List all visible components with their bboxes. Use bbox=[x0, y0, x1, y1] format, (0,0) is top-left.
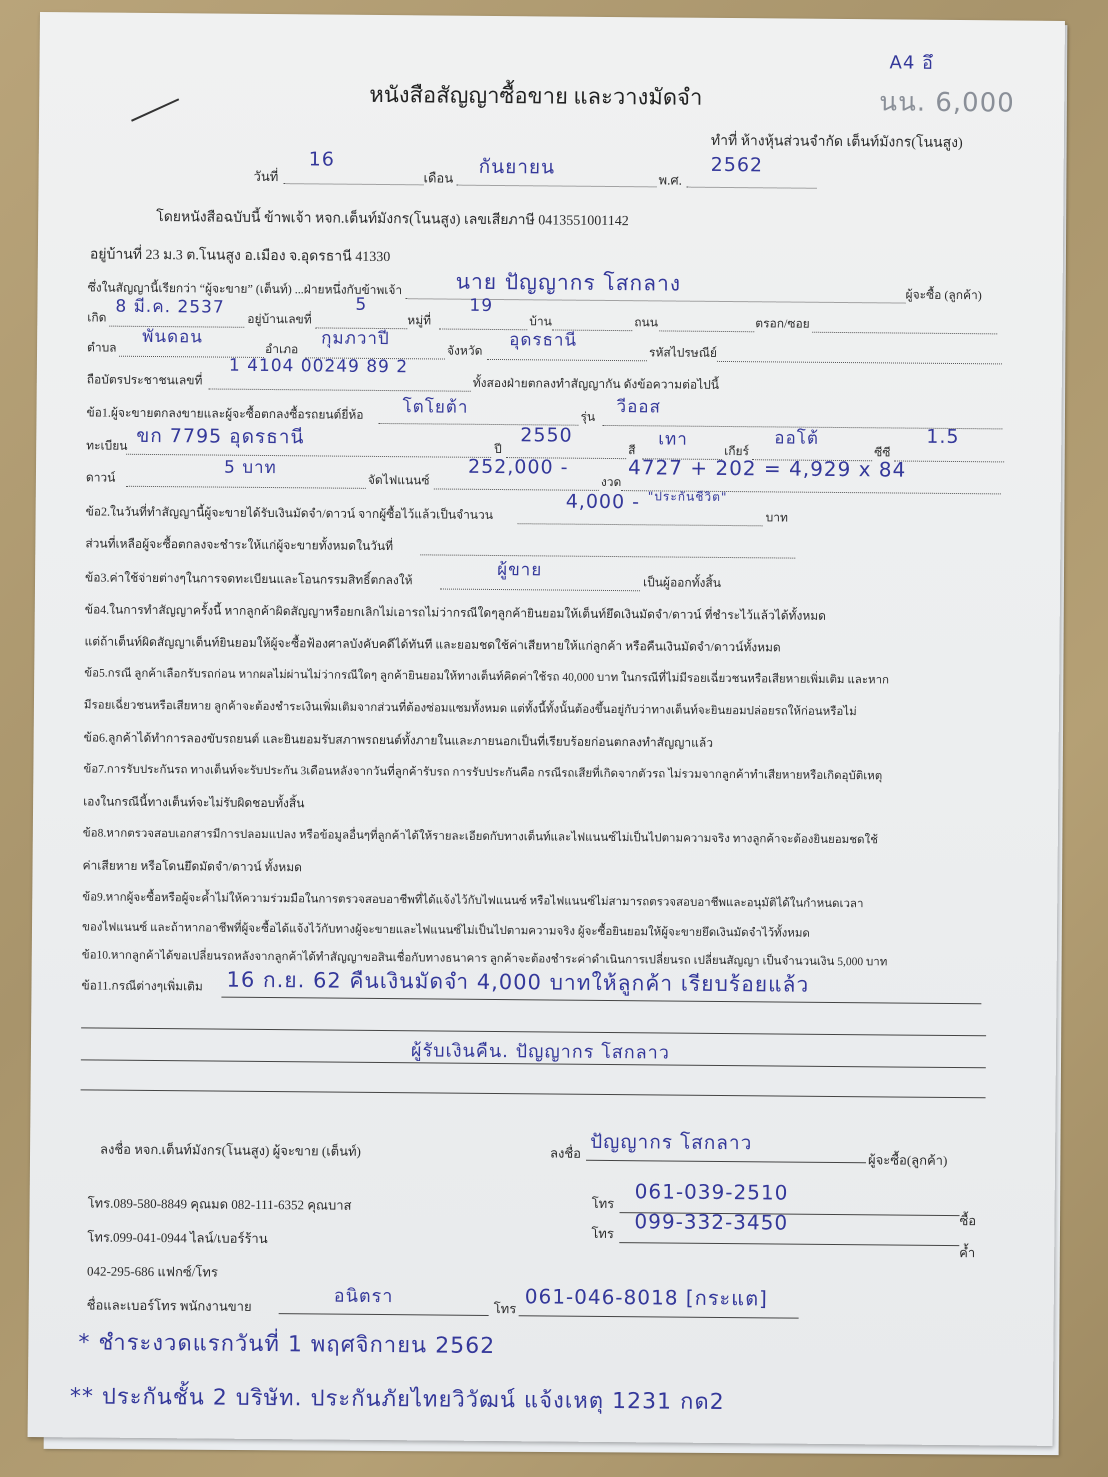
clause2-label: ข้อ2.ในวันที่ทำสัญญานี้ผู้จะขายได้รับเงิ… bbox=[86, 502, 494, 525]
clause-text-line: ข้อ8.หากตรวจสอบเอกสารมีการปลอมแปลง หรือข… bbox=[83, 824, 878, 849]
buyer-phone-label: โทร bbox=[592, 1193, 615, 1214]
party-suffix: ผู้จะซื้อ (ลูกค้า) bbox=[905, 286, 981, 306]
shop-contact-line: 042-295-686 แฟกซ์/โทร bbox=[87, 1260, 218, 1282]
installment-label: งวด bbox=[601, 473, 622, 492]
soi-line bbox=[812, 331, 997, 335]
clause3-suffix: เป็นผู้ออกทั้งสิ้น bbox=[643, 573, 721, 593]
remainder-label: ส่วนที่เหลือผู้จะซื้อตกลงจะชำระให้แก่ผู้… bbox=[85, 534, 393, 556]
soi-label: ตรอก/ซอย bbox=[755, 314, 810, 333]
made-at-label-text: ทำที่ bbox=[711, 134, 737, 149]
document-title: หนังสือสัญญาซื้อขาย และวางมัดจำ bbox=[369, 77, 702, 115]
insurance-note: "ประกันชีวิต" bbox=[648, 487, 728, 507]
footnote-insurance: ** ประกันชั้น 2 บริษัท. ประกันภัยไทยวิวั… bbox=[70, 1378, 725, 1419]
date-month-label: เดือน bbox=[423, 167, 453, 188]
car-plate: ขก 7795 อุดรธานี bbox=[136, 421, 304, 452]
seller-address: อยู่บ้านที่ 23 ม.3 ต.โนนสูง อ.เมือง จ.อุ… bbox=[90, 243, 391, 268]
guarantor-phone-rule bbox=[619, 1241, 959, 1246]
made-at-label: ทำที่ ห้างหุ้นส่วนจำกัด เต็นท์มังกร(โนนส… bbox=[711, 130, 963, 154]
made-at-value: ห้างหุ้นส่วนจำกัด เต็นท์มังกร(โนนสูง) bbox=[741, 134, 963, 151]
id-suffix: ทั้งสองฝ่ายตกลงทำสัญญากัน ดังข้อความต่อไ… bbox=[473, 374, 719, 395]
deposit-amount: 4,000 - bbox=[566, 491, 640, 514]
postcode-label: รหัสไปรษณีย์ bbox=[649, 343, 717, 363]
id-label: ถือบัตรประชาชนเลขที่ bbox=[87, 370, 203, 390]
salesperson-phone-rule bbox=[519, 1314, 799, 1318]
pen-mark bbox=[131, 98, 179, 121]
clause-text-line: ข้อ5.กรณี ลูกค้าเลือกรับรถก่อน หากผลไม่ผ… bbox=[84, 664, 889, 689]
clause-text-line: เองในกรณีนี้ทางเต็นท์จะไม่รับผิดชอบทั้งส… bbox=[83, 792, 305, 813]
clause-text-line: แต่ถ้าเต็นท์ผิดสัญญาเต็นท์ยินยอมให้ผู้จะ… bbox=[84, 632, 780, 657]
date-month-value: กันยายน bbox=[479, 152, 556, 183]
shop-contact-line: โทร.089-580-8849 คุณมด 082-111-6352 คุณบ… bbox=[88, 1192, 352, 1215]
date-year-value: 2562 bbox=[711, 154, 764, 176]
buyer-signature-suffix: ผู้จะซื้อ(ลูกค้า) bbox=[868, 1149, 948, 1171]
postcode-line bbox=[717, 360, 1002, 364]
installment-value: 4727 + 202 = 4,929 x 84 bbox=[628, 455, 906, 481]
house-no-label: อยู่บ้านเลขที่ bbox=[247, 310, 312, 330]
registration-payer: ผู้ขาย bbox=[497, 556, 542, 583]
buyer-signature: ปัญญากร โสกลาว bbox=[590, 1127, 752, 1158]
date-year-label: พ.ศ. bbox=[658, 169, 682, 190]
deposit-line bbox=[518, 522, 763, 526]
car-gear: ออโต้ bbox=[774, 424, 819, 451]
down-line bbox=[126, 485, 366, 489]
deposit-unit: บาท bbox=[766, 508, 788, 527]
down-label: ดาวน์ bbox=[86, 468, 116, 487]
clause11-note: 16 ก.ย. 62 คืนเงินมัดจำ 4,000 บาทให้ลูกค… bbox=[226, 964, 809, 1002]
corner-amount-note: นน. 6,000 bbox=[879, 81, 1015, 123]
province-line bbox=[487, 358, 647, 361]
car-color: เทา bbox=[658, 425, 688, 452]
house-no-value: 5 bbox=[355, 295, 367, 315]
clause-text-line: ข้อ7.การรับประกันรถ ทางเต็นท์จะรับประกัน… bbox=[83, 760, 882, 785]
clause-text-line: ข้อ4.ในการทำสัญญาครั้งนี้ หากลูกค้าผิดสั… bbox=[85, 600, 826, 625]
buyer-signature-label: ลงชื่อ bbox=[550, 1142, 581, 1163]
clause11-line-2 bbox=[81, 1026, 986, 1036]
birth-value: 8 มี.ค. 2537 bbox=[115, 293, 225, 321]
buyer-phone-suffix: ซื้อ bbox=[959, 1210, 976, 1231]
id-line bbox=[209, 387, 471, 391]
buyer-phone: 061-039-2510 bbox=[635, 1179, 789, 1204]
moo-value: 19 bbox=[469, 296, 493, 316]
subdistrict-value: พันดอน bbox=[142, 323, 203, 351]
guarantor-phone: 099-332-3450 bbox=[634, 1209, 788, 1234]
footnote-first-payment: * ชำระงวดแรกวันที่ 1 พฤศจิกายน 2562 bbox=[78, 1324, 495, 1363]
province-value: อุดรธานี bbox=[509, 326, 577, 354]
road-line bbox=[659, 329, 754, 332]
salesperson-name-rule bbox=[279, 1312, 489, 1316]
plate-label: ทะเบียน bbox=[86, 436, 127, 455]
clause3-label: ข้อ3.ค่าใช้จ่ายต่างๆในการจดทะเบียนและโอน… bbox=[85, 568, 413, 590]
payer-line bbox=[440, 588, 640, 592]
subdistrict-label: ตำบล bbox=[87, 338, 117, 357]
plate-line bbox=[126, 453, 491, 458]
id-number: 1 4104 00249 89 2 bbox=[229, 356, 408, 378]
finance-amount: 252,000 - bbox=[468, 456, 569, 479]
clause-text-line: ข้อ9.หากผู้จะซื้อหรือผู้จะค้ำไม่ให้ความร… bbox=[82, 888, 863, 913]
birth-label: เกิด bbox=[87, 308, 106, 327]
salesperson-label: ชื่อและเบอร์โทร พนักงานขาย bbox=[87, 1294, 252, 1316]
intro-line: โดยหนังสือฉบับนี้ ข้าพเจ้า หจก.เต็นท์มัง… bbox=[156, 206, 629, 232]
clause-text-line: ของไฟแนนซ์ และถ้าหากอาชีพที่ผู้จะซื้อได้… bbox=[82, 918, 810, 942]
date-day-value: 16 bbox=[309, 148, 335, 170]
province-label: จังหวัด bbox=[447, 342, 483, 361]
salesperson-phone-label: โทร bbox=[494, 1298, 517, 1319]
salesperson-phone: 061-046-8018 [กระแต] bbox=[525, 1280, 768, 1314]
clause-text-line: ค่าเสียหาย หรือโดนยึดมัดจำ/ดาวน์ ทั้งหมด bbox=[82, 856, 302, 877]
clause11-line-4 bbox=[81, 1088, 986, 1098]
salesperson-name: อนิตรา bbox=[334, 1281, 394, 1311]
finance-label: จัดไฟแนนซ์ bbox=[368, 471, 430, 491]
corner-paper-size-note: A4 อึ bbox=[889, 47, 934, 76]
date-day-label: วันที่ bbox=[253, 166, 278, 187]
district-value: กุมภวาปี bbox=[321, 324, 390, 352]
seller-signature-line: ลงชื่อ หจก.เต็นท์มังกร(โนนสูง) ผู้จะขาย … bbox=[100, 1139, 361, 1162]
guarantor-phone-label: โทร bbox=[591, 1223, 614, 1244]
clause11-label: ข้อ11.กรณีต่างๆเพิ่มเติม bbox=[81, 976, 203, 996]
car-cc: 1.5 bbox=[926, 426, 959, 448]
moo-label: หมู่ที่ bbox=[407, 311, 431, 330]
model-label: รุ่น bbox=[580, 408, 595, 427]
car-model: วีออส bbox=[616, 393, 661, 420]
car-year: 2550 bbox=[520, 424, 573, 446]
date-day-line bbox=[284, 182, 424, 185]
road-label: ถนน bbox=[634, 313, 658, 332]
clause-text-line: มีรอยเฉี่ยวชนหรือเสียหาย ลูกค้าจะต้องชำร… bbox=[84, 696, 857, 721]
clause-text-line: ข้อ6.ลูกค้าได้ทำการลองขับรถยนต์ และยินยอ… bbox=[84, 728, 713, 752]
remainder-line bbox=[420, 553, 795, 558]
cc-line bbox=[894, 459, 1004, 462]
date-month-line bbox=[457, 184, 657, 188]
shop-contact-line: โทร.099-041-0944 ไลน์/เบอร์ร้าน bbox=[87, 1226, 268, 1249]
contract-page: A4 อึ นน. 6,000 หนังสือสัญญาซื้อขาย และว… bbox=[28, 12, 1065, 1446]
down-value: 5 บาท bbox=[224, 454, 277, 481]
buyer-signature-rule bbox=[586, 1159, 866, 1163]
car-brand: โตโยต้า bbox=[402, 393, 468, 421]
date-year-line bbox=[686, 186, 816, 189]
guarantor-phone-suffix: ค้ำ bbox=[959, 1242, 975, 1263]
